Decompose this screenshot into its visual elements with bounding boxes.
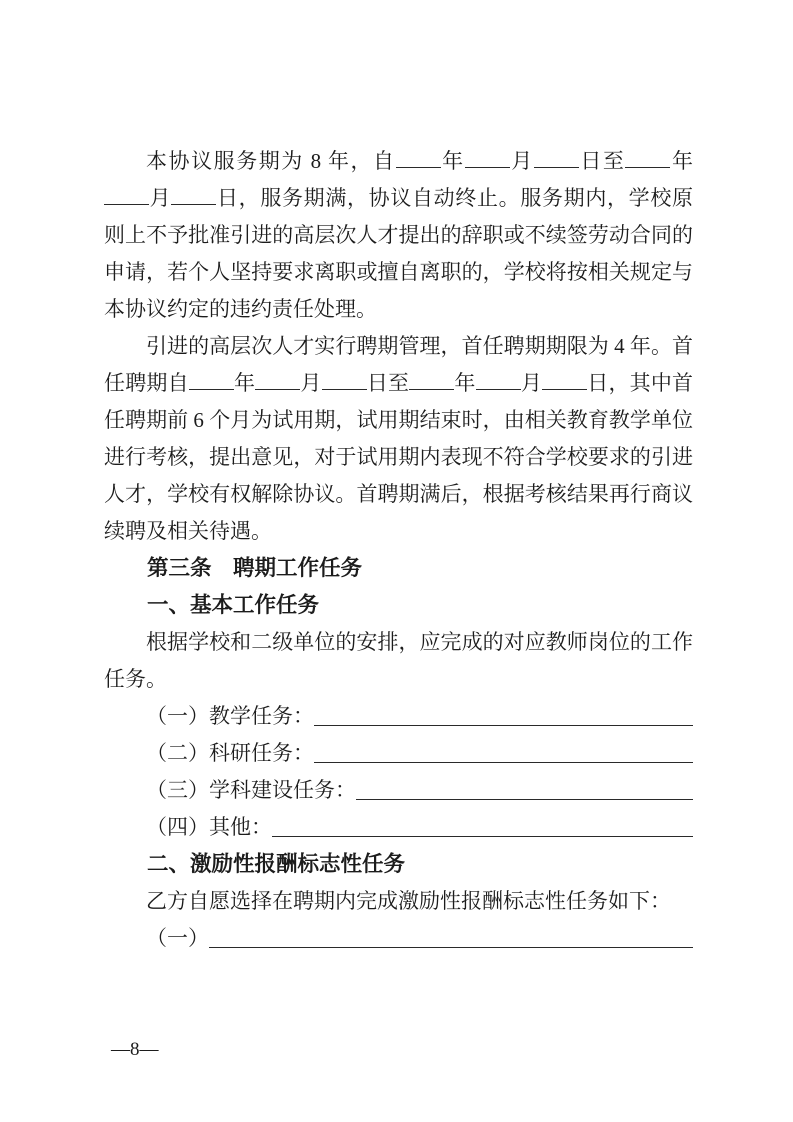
- blank-underline: [209, 920, 693, 948]
- text-run: 月: [510, 149, 534, 173]
- form-item-label: （四）其他：: [146, 809, 272, 846]
- section-heading-incentive-tasks: 二、激励性报酬标志性任务: [104, 846, 693, 883]
- paragraph-employment-term: 引进的高层次人才实行聘期管理，首任聘期期限为 4 年。首任聘期自年月日至年月日，…: [104, 328, 693, 550]
- form-item-incentive-1: （一）: [146, 920, 693, 957]
- paragraph-incentive-desc: 乙方自愿选择在聘期内完成激励性报酬标志性任务如下：: [104, 883, 693, 920]
- blank-underline: [314, 698, 693, 726]
- blank-underline: [171, 193, 216, 205]
- form-item-label: （一）: [146, 920, 209, 957]
- form-item-teaching: （一）教学任务：: [146, 698, 693, 735]
- page-number: —8—: [111, 1038, 159, 1062]
- text-run: 年: [234, 371, 255, 395]
- form-item-label: （二）科研任务：: [146, 735, 314, 772]
- text-run: 日，其中首任聘期前 6 个月为试用期，试用期结束时，由相关教育教学单位进行考核，…: [104, 371, 693, 543]
- article-heading: 第三条 聘期工作任务: [104, 550, 693, 587]
- blank-underline: [314, 735, 693, 763]
- text-run: 月: [521, 371, 542, 395]
- form-item-label: （三）学科建设任务：: [146, 772, 356, 809]
- paragraph-service-period: 本协议服务期为 8 年，自年月日至年月日，服务期满，协议自动终止。服务期内，学校…: [104, 143, 693, 328]
- blank-underline: [396, 156, 441, 168]
- text-run: 日，服务期满，协议自动终止。服务期内，学校原则上不予批准引进的高层次人才提出的辞…: [104, 186, 693, 321]
- section-heading-basic-tasks: 一、基本工作任务: [104, 587, 693, 624]
- document-content: 本协议服务期为 8 年，自年月日至年月日，服务期满，协议自动终止。服务期内，学校…: [104, 143, 693, 957]
- form-item-other: （四）其他：: [146, 809, 693, 846]
- form-item-label: （一）教学任务：: [146, 698, 314, 735]
- document-page: 本协议服务期为 8 年，自年月日至年月日，服务期满，协议自动终止。服务期内，学校…: [0, 0, 793, 1122]
- text-run: 年: [670, 149, 693, 173]
- blank-underline: [322, 378, 367, 390]
- blank-underline: [465, 156, 510, 168]
- blank-underline: [542, 378, 587, 390]
- text-run: 日至: [579, 149, 626, 173]
- text-run: 年: [454, 371, 475, 395]
- text-run: 本协议服务期为 8 年，自: [146, 149, 396, 173]
- blank-underline: [189, 378, 234, 390]
- paragraph-basic-task-desc: 根据学校和二级单位的安排，应完成的对应教师岗位的工作任务。: [104, 624, 693, 698]
- blank-underline: [104, 193, 149, 205]
- text-run: 日至: [367, 371, 410, 395]
- text-run: 年: [441, 149, 465, 173]
- blank-underline: [625, 156, 670, 168]
- blank-underline: [409, 378, 454, 390]
- blank-underline: [272, 809, 693, 837]
- blank-underline: [476, 378, 521, 390]
- text-run: 月: [149, 186, 171, 210]
- blank-underline: [356, 772, 693, 800]
- blank-underline: [255, 378, 300, 390]
- form-item-research: （二）科研任务：: [146, 735, 693, 772]
- text-run: 月: [300, 371, 321, 395]
- blank-underline: [534, 156, 579, 168]
- form-item-discipline: （三）学科建设任务：: [146, 772, 693, 809]
